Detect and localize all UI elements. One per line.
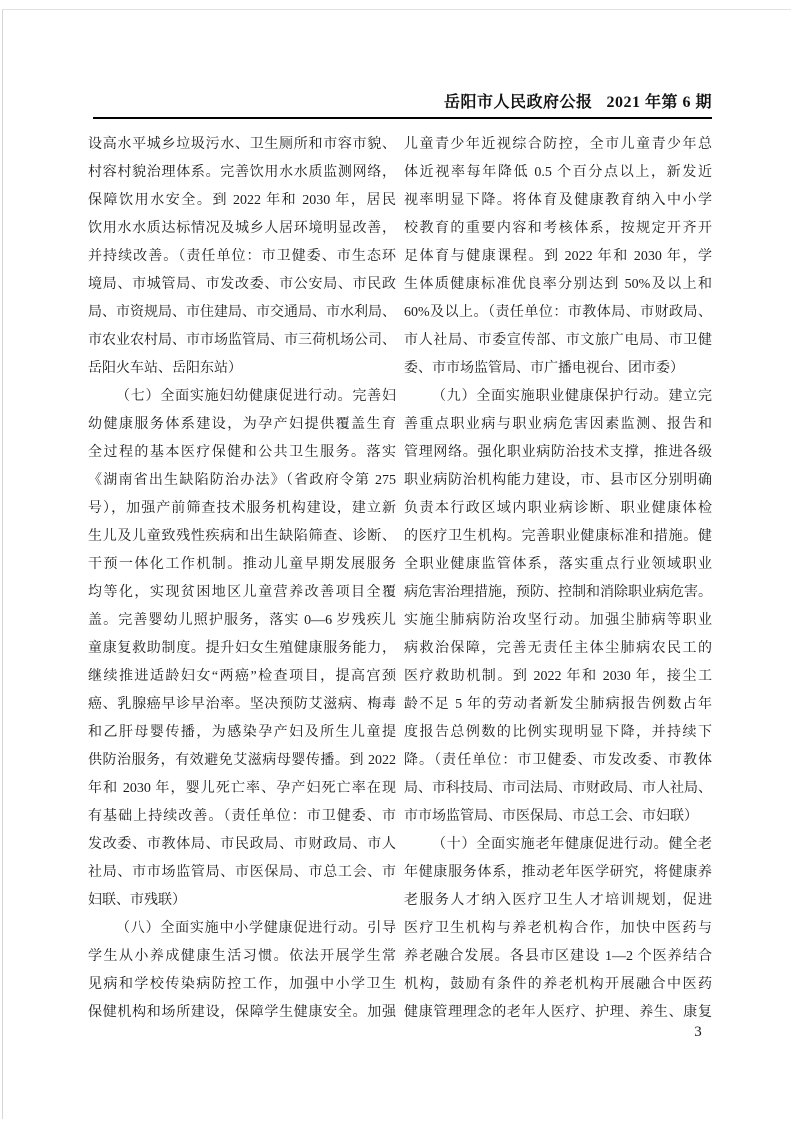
text-line: 全过程的基本医疗保健和公共卫生服务。落实 [88,439,396,467]
text-line: 年和 2030 年，婴儿死亡率、孕产妇死亡率在现 [88,775,396,803]
text-line: 有基础上持续改善。（责任单位：市卫健委、市 [88,803,396,831]
text-line: （七）全面实施妇幼健康促进行动。完善妇 [88,383,396,411]
text-line: 全职业健康监管体系，落实重点行业领域职业 [404,551,712,579]
text-line: 老服务人才纳入医疗卫生人才培训规划，促进 [404,887,712,915]
text-line: 发改委、市教体局、市民政局、市财政局、市人 [88,831,396,859]
text-line: 负责本行政区域内职业病诊断、职业健康体检 [404,495,712,523]
header-rule [93,117,712,119]
text-line: 生儿及儿童致残性疾病和出生缺陷筛查、诊断、 [88,523,396,551]
text-line: 校教育的重要内容和考核体系，按规定开齐开 [404,215,712,243]
gazette-page: 岳阳市人民政府公报2021 年第 6 期 设高水平城乡垃圾污水、卫生厕所和市容市… [0,0,793,1122]
text-line: 管理网络。强化职业病防治技术支撑，推进各级 [404,439,712,467]
text-line: 设高水平城乡垃圾污水、卫生厕所和市容市貌、 [88,131,396,159]
text-line: 号），加强产前筛查技术服务机构建设，建立新 [88,495,396,523]
text-line: 社局、市市场监管局、市医保局、市总工会、市 [88,859,396,887]
text-line: 市人社局、市委宣传部、市文旅广电局、市卫健 [404,327,712,355]
text-line: 癌、乳腺癌早诊早治率。坚决预防艾滋病、梅毒 [88,691,396,719]
text-line: 善重点职业病与职业病危害因素监测、报告和 [404,411,712,439]
text-line: 供防治服务，有效避免艾滋病母婴传播。到 2022 [88,747,396,775]
text-line: 市农业农村局、市市场监管局、市三荷机场公司、 [88,327,396,355]
text-line: 度报告总例数的比例实现明显下降，并持续下 [404,719,712,747]
text-line: 养老融合发展。各县市区建设 1—2 个医养结合 [404,943,712,971]
text-line: 足体育与健康课程。到 2022 年和 2030 年，学 [404,243,712,271]
text-line: 医疗救助机制。到 2022 年和 2030 年，接尘工 [404,663,712,691]
text-line: 年健康服务体系，推动老年医学研究，将健康养 [404,859,712,887]
text-line: 60%及以上。（责任单位：市教体局、市财政局、 [404,299,712,327]
text-line: 童康复救助制度。提升妇女生殖健康服务能力， [88,635,396,663]
page-header: 岳阳市人民政府公报2021 年第 6 期 [93,90,712,116]
page-number: 3 [688,1022,708,1042]
text-line: 职业病防治机构能力建设，市、县市区分别明确 [404,467,712,495]
column-left: 设高水平城乡垃圾污水、卫生厕所和市容市貌、村容村貌治理体系。完善饮用水水质监测网… [88,131,396,1027]
text-line: 保健机构和场所建设，保障学生健康安全。加强 [88,999,396,1027]
text-line: 局、市科技局、市司法局、市财政局、市人社局、 [404,775,712,803]
text-line: 视率明显下降。将体育及健康教育纳入中小学 [404,187,712,215]
header-title: 岳阳市人民政府公报 [444,94,593,111]
text-line: 岳阳火车站、岳阳东站） [88,355,396,383]
page-edge-top [2,9,791,10]
text-line: （八）全面实施中小学健康促进行动。引导 [88,915,396,943]
text-line: 饮用水水质达标情况及城乡人居环境明显改善， [88,215,396,243]
text-line: 妇联、市残联） [88,887,396,915]
text-line: 机构，鼓励有条件的养老机构开展融合中医药 [404,971,712,999]
header-issue: 2021 年第 6 期 [606,94,712,111]
text-line: 盖。完善婴幼儿照护服务，落实 0—6 岁残疾儿 [88,607,396,635]
text-line: 降。（责任单位：市卫健委、市发改委、市教体 [404,747,712,775]
body-columns: 设高水平城乡垃圾污水、卫生厕所和市容市貌、村容村貌治理体系。完善饮用水水质监测网… [88,131,712,1027]
text-line: 实施尘肺病防治攻坚行动。加强尘肺病等职业 [404,607,712,635]
text-line: （九）全面实施职业健康保护行动。建立完 [404,383,712,411]
text-line: 委、市市场监管局、市广播电视台、团市委） [404,355,712,383]
text-line: 健康管理理念的老年人医疗、护理、养生、康复 [404,999,712,1027]
text-line: 儿童青少年近视综合防控，全市儿童青少年总 [404,131,712,159]
text-line: 保障饮用水安全。到 2022 年和 2030 年，居民 [88,187,396,215]
text-line: 局、市资规局、市住建局、市交通局、市水利局、 [88,299,396,327]
text-line: 生体质健康标准优良率分别达到 50%及以上和 [404,271,712,299]
text-line: 幼健康服务体系建设，为孕产妇提供覆盖生育 [88,411,396,439]
text-line: 并持续改善。（责任单位：市卫健委、市生态环 [88,243,396,271]
page-edge-left [2,9,3,1119]
text-line: 《湖南省出生缺陷防治办法》（省政府令第 275 [88,467,396,495]
text-line: 村容村貌治理体系。完善饮用水水质监测网络， [88,159,396,187]
text-line: 龄不足 5 年的劳动者新发尘肺病报告例数占年 [404,691,712,719]
text-line: 继续推进适龄妇女“两癌”检查项目，提高宫颈 [88,663,396,691]
text-line: 境局、市城管局、市发改委、市公安局、市民政 [88,271,396,299]
text-line: 病救治保障，完善无责任主体尘肺病农民工的 [404,635,712,663]
text-line: 的医疗卫生机构。完善职业健康标准和措施。健 [404,523,712,551]
text-line: 病危害治理措施，预防、控制和消除职业病危害。 [404,579,712,607]
text-line: 医疗卫生机构与养老机构合作，加快中医药与 [404,915,712,943]
text-line: 和乙肝母婴传播，为感染孕产妇及所生儿童提 [88,719,396,747]
text-line: （十）全面实施老年健康促进行动。健全老 [404,831,712,859]
text-line: 市市场监管局、市医保局、市总工会、市妇联） [404,803,712,831]
text-line: 学生从小养成健康生活习惯。依法开展学生常 [88,943,396,971]
text-line: 体近视率每年降低 0.5 个百分点以上，新发近 [404,159,712,187]
text-line: 干预一体化工作机制。推动儿童早期发展服务 [88,551,396,579]
text-line: 均等化，实现贫困地区儿童营养改善项目全覆 [88,579,396,607]
column-right: 儿童青少年近视综合防控，全市儿童青少年总体近视率每年降低 0.5 个百分点以上，… [404,131,712,1027]
text-line: 见病和学校传染病防控工作，加强中小学卫生 [88,971,396,999]
